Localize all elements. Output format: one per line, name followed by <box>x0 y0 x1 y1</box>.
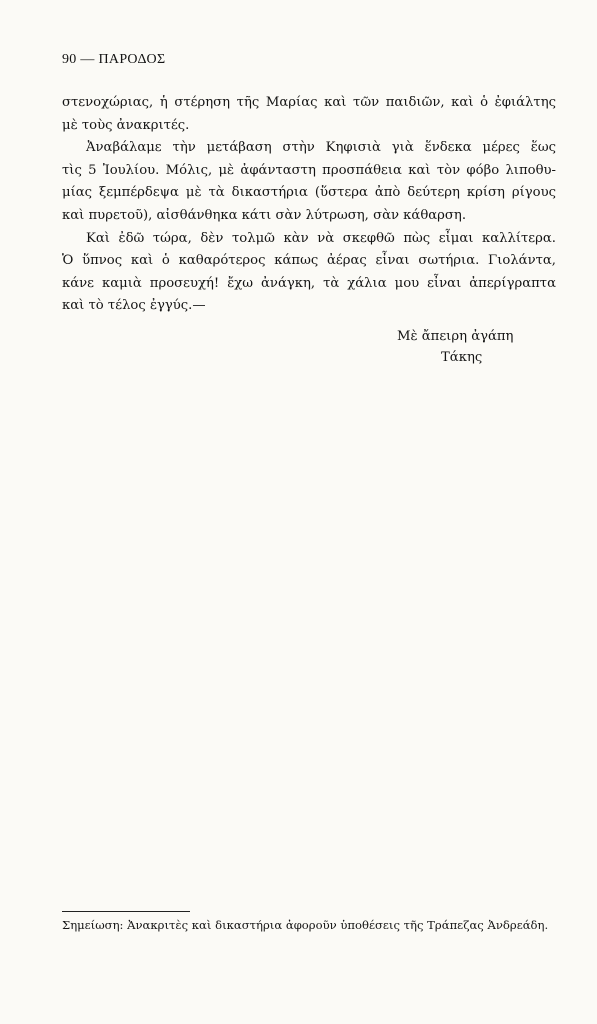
footnote: Σημείωση: Ἀνακριτὲς καὶ δικαστήρια ἀφορο… <box>62 918 562 932</box>
signature-block: Μὲ ἄπειρη ἀγάπη Τάκης <box>397 326 557 368</box>
body-line: τὶς 5 Ἰουλίου. Μόλις, μὲ ἀφάνταστη προσπ… <box>62 160 556 183</box>
body-line: μίας ξεμπέρδεψα μὲ τὰ δικαστήρια (ὕστερα… <box>62 182 556 205</box>
letter-body: στενοχώριας, ἡ στέρηση τῆς Μαρίας καὶ τῶ… <box>62 92 556 318</box>
body-line: καὶ πυρετοῦ), αἰσθάνθηκα κάτι σὰν λύτρωσ… <box>62 205 556 228</box>
footnote-divider <box>62 911 190 912</box>
body-line: στενοχώριας, ἡ στέρηση τῆς Μαρίας καὶ τῶ… <box>62 92 556 115</box>
signature-name: Τάκης <box>397 347 557 368</box>
body-line: Ὁ ὕπνος καὶ ὁ καθαρότερος κάπως ἀέρας εἶ… <box>62 250 556 273</box>
section-title: ΠΑΡΟΔΟΣ <box>99 52 166 67</box>
body-line: κάνε καμιὰ προσευχή! ἔχω ἀνάγκη, τὰ χάλι… <box>62 273 556 296</box>
body-line: Καὶ ἐδῶ τώρα, δὲν τολμῶ κὰν νὰ σκεφθῶ πὼ… <box>62 228 556 251</box>
header-separator: — <box>77 52 99 67</box>
closing-line: Μὲ ἄπειρη ἀγάπη <box>397 326 557 347</box>
running-head: 90 — ΠΑΡΟΔΟΣ <box>62 52 165 68</box>
page-number: 90 <box>62 52 77 67</box>
body-line: Ἀναβάλαμε τὴν μετάβαση στὴν Κηφισιὰ γιὰ … <box>62 137 556 160</box>
body-line: καὶ τὸ τέλος ἐγγύς.— <box>62 295 556 318</box>
body-line: μὲ τοὺς ἀνακριτές. <box>62 115 556 138</box>
